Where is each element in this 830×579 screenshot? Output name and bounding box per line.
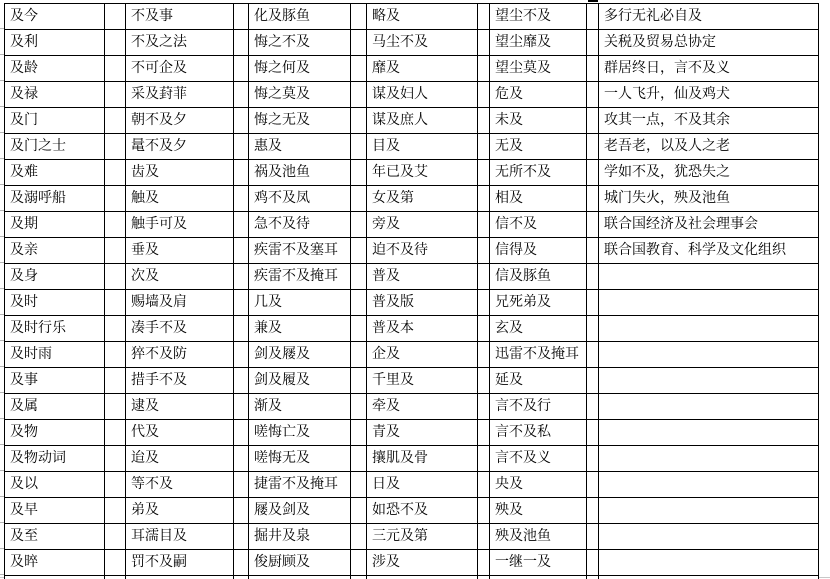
table-cell[interactable]: 迅雷不及掩耳 <box>490 342 587 368</box>
spacer-cell[interactable] <box>351 30 367 56</box>
table-cell[interactable] <box>490 576 587 579</box>
table-cell[interactable]: 言不及行 <box>490 394 587 420</box>
table-cell[interactable]: 略及 <box>367 4 478 30</box>
table-cell[interactable]: 及以 <box>5 472 105 498</box>
spacer-cell[interactable] <box>587 498 599 524</box>
clipped-row-remnant <box>588 0 598 2</box>
spreadsheet-canvas: 及今不及事化及豚鱼略及望尘不及多行无礼必自及及利不及之法悔之不及马尘不及望尘靡及… <box>0 0 830 579</box>
spacer-cell[interactable] <box>351 550 367 576</box>
table-cell[interactable]: 谋及庶人 <box>367 108 478 134</box>
table-cell[interactable]: 及禄 <box>5 82 105 108</box>
table-cell[interactable] <box>478 576 490 579</box>
table-cell[interactable]: 延及 <box>490 368 587 394</box>
table-cell[interactable] <box>587 576 599 579</box>
table-cell[interactable]: 殃及 <box>490 498 587 524</box>
spacer-cell[interactable] <box>105 30 126 56</box>
table-cell[interactable]: 及利 <box>5 30 105 56</box>
spacer-cell[interactable] <box>351 160 367 186</box>
spacer-cell[interactable] <box>587 342 599 368</box>
table-cell[interactable]: 马尘不及 <box>367 30 478 56</box>
spacer-cell[interactable] <box>478 446 490 472</box>
spacer-cell[interactable] <box>105 56 126 82</box>
table-cell[interactable]: 言不及义 <box>490 446 587 472</box>
table-cell[interactable]: 等不及 <box>126 472 234 498</box>
spacer-cell[interactable] <box>478 56 490 82</box>
table-cell[interactable] <box>126 576 234 579</box>
table-cell[interactable]: 赐墙及肩 <box>126 290 234 316</box>
table-cell[interactable]: 兄死弟及 <box>490 290 587 316</box>
table-cell[interactable]: 涉及 <box>367 550 478 576</box>
spacer-cell[interactable] <box>587 186 599 212</box>
table-row: 及属逮及渐及牵及言不及行 <box>5 394 819 420</box>
spacer-cell[interactable] <box>234 264 249 290</box>
table-cell[interactable]: 企及 <box>367 342 478 368</box>
table-cell[interactable]: 城门失火，殃及池鱼 <box>599 186 819 212</box>
table-cell[interactable]: 疾雷不及掩耳 <box>249 264 351 290</box>
table-cell[interactable]: 不及之法 <box>126 30 234 56</box>
spacer-cell[interactable] <box>105 550 126 576</box>
spacer-cell[interactable] <box>351 342 367 368</box>
table-row: 及早弟及屦及剑及如恐不及殃及 <box>5 498 819 524</box>
table-cell[interactable]: 老吾老，以及人之老 <box>599 134 819 160</box>
table-cell[interactable]: 悔之无及 <box>249 108 351 134</box>
table-cell[interactable]: 危及 <box>490 82 587 108</box>
table-cell[interactable]: 玄及 <box>490 316 587 342</box>
table-cell[interactable]: 齿及 <box>126 160 234 186</box>
spacer-cell[interactable] <box>587 290 599 316</box>
spacer-cell[interactable] <box>351 56 367 82</box>
spacer-cell[interactable] <box>105 160 126 186</box>
table-cell[interactable]: 未及 <box>490 108 587 134</box>
table-cell[interactable]: 群居终日，言不及义 <box>599 56 819 82</box>
table-cell[interactable]: 及门 <box>5 108 105 134</box>
spacer-cell[interactable] <box>234 30 249 56</box>
table-cell[interactable]: 逮及 <box>126 394 234 420</box>
table-cell[interactable]: 惠及 <box>249 134 351 160</box>
spacer-cell[interactable] <box>478 316 490 342</box>
table-cell[interactable] <box>599 446 819 472</box>
spacer-cell[interactable] <box>234 472 249 498</box>
spacer-cell[interactable] <box>587 108 599 134</box>
table-cell[interactable]: 及物动词 <box>5 446 105 472</box>
table-cell[interactable]: 罚不及嗣 <box>126 550 234 576</box>
table-cell[interactable]: 信不及 <box>490 212 587 238</box>
spacer-cell[interactable] <box>105 420 126 446</box>
table-cell[interactable]: 嗟悔亡及 <box>249 420 351 446</box>
table-row: 及时雨猝不及防剑及屦及企及迅雷不及掩耳 <box>5 342 819 368</box>
spacer-cell[interactable] <box>351 264 367 290</box>
spacer-cell[interactable] <box>105 342 126 368</box>
table-cell[interactable]: 悔之何及 <box>249 56 351 82</box>
table-cell[interactable]: 及时雨 <box>5 342 105 368</box>
table-row: 及亲垂及疾雷不及塞耳迫不及待信得及联合国教育、科学及文化组织 <box>5 238 819 264</box>
table-cell[interactable]: 信得及 <box>490 238 587 264</box>
table-cell[interactable]: 及早 <box>5 498 105 524</box>
table-cell[interactable]: 急不及待 <box>249 212 351 238</box>
table-row: 及门朝不及夕悔之无及谋及庶人未及攻其一点，不及其余 <box>5 108 819 134</box>
spacer-cell[interactable] <box>234 160 249 186</box>
table-cell[interactable] <box>599 420 819 446</box>
spacer-cell[interactable] <box>587 30 599 56</box>
table-cell[interactable]: 祸及池鱼 <box>249 160 351 186</box>
spacer-cell[interactable] <box>478 160 490 186</box>
table-cell[interactable]: 女及第 <box>367 186 478 212</box>
spacer-cell[interactable] <box>478 238 490 264</box>
spacer-cell[interactable] <box>234 368 249 394</box>
spacer-cell[interactable] <box>234 498 249 524</box>
table-cell[interactable]: 及事 <box>5 368 105 394</box>
table-cell[interactable]: 望尘不及 <box>490 4 587 30</box>
spacer-cell[interactable] <box>234 56 249 82</box>
table-row: 及龄不可企及悔之何及靡及望尘莫及群居终日，言不及义 <box>5 56 819 82</box>
spacer-cell[interactable] <box>478 342 490 368</box>
spacer-cell[interactable] <box>478 4 490 30</box>
table-cell[interactable] <box>367 576 478 579</box>
table-cell[interactable]: 猝不及防 <box>126 342 234 368</box>
spacer-cell[interactable] <box>234 134 249 160</box>
spacer-cell[interactable] <box>478 524 490 550</box>
table-cell[interactable]: 凑手不及 <box>126 316 234 342</box>
table-cell[interactable]: 俊厨顾及 <box>249 550 351 576</box>
spacer-cell[interactable] <box>351 186 367 212</box>
spacer-cell[interactable] <box>105 368 126 394</box>
spacer-cell[interactable] <box>351 316 367 342</box>
table-row: 及门之士鼌不及夕惠及目及无及老吾老，以及人之老 <box>5 134 819 160</box>
spacer-cell[interactable] <box>587 212 599 238</box>
spacer-cell[interactable] <box>105 212 126 238</box>
spacer-cell[interactable] <box>587 56 599 82</box>
spacer-cell[interactable] <box>351 4 367 30</box>
table-cell[interactable]: 及溺呼船 <box>5 186 105 212</box>
table-cell[interactable]: 捷雷不及掩耳 <box>249 472 351 498</box>
spacer-cell[interactable] <box>234 524 249 550</box>
table-cell[interactable]: 鼌不及夕 <box>126 134 234 160</box>
spacer-cell[interactable] <box>587 368 599 394</box>
table-cell[interactable]: 屦及剑及 <box>249 498 351 524</box>
spacer-cell[interactable] <box>105 316 126 342</box>
table-cell[interactable]: 千里及 <box>367 368 478 394</box>
table-row: 及物动词迨及嗟悔无及攘肌及骨言不及义 <box>5 446 819 472</box>
table-cell[interactable]: 及至 <box>5 524 105 550</box>
table-cell[interactable] <box>599 472 819 498</box>
spacer-cell[interactable] <box>234 316 249 342</box>
table-cell[interactable]: 普及 <box>367 264 478 290</box>
spacer-cell[interactable] <box>351 134 367 160</box>
word-table-body: 及今不及事化及豚鱼略及望尘不及多行无礼必自及及利不及之法悔之不及马尘不及望尘靡及… <box>5 4 819 579</box>
table-cell[interactable]: 联合国经济及社会理事会 <box>599 212 819 238</box>
spacer-cell[interactable] <box>587 394 599 420</box>
table-cell[interactable]: 信及豚鱼 <box>490 264 587 290</box>
spacer-cell[interactable] <box>587 134 599 160</box>
spacer-cell[interactable] <box>351 446 367 472</box>
spacer-cell[interactable] <box>351 212 367 238</box>
spacer-cell[interactable] <box>351 238 367 264</box>
table-cell[interactable]: 言不及私 <box>490 420 587 446</box>
table-cell[interactable]: 一继一及 <box>490 550 587 576</box>
table-row: 及事措手不及剑及履及千里及延及 <box>5 368 819 394</box>
spacer-cell[interactable] <box>105 186 126 212</box>
spacer-cell[interactable] <box>478 290 490 316</box>
spacer-cell[interactable] <box>351 290 367 316</box>
spacer-cell[interactable] <box>234 82 249 108</box>
table-row: 及难齿及祸及池鱼年已及艾无所不及学如不及，犹恐失之 <box>5 160 819 186</box>
spacer-cell[interactable] <box>234 420 249 446</box>
table-cell[interactable]: 几及 <box>249 290 351 316</box>
spacer-cell[interactable] <box>587 446 599 472</box>
table-cell[interactable]: 掘井及泉 <box>249 524 351 550</box>
table-cell[interactable]: 及身 <box>5 264 105 290</box>
spacer-cell[interactable] <box>478 264 490 290</box>
spacer-cell[interactable] <box>234 4 249 30</box>
spacer-cell[interactable] <box>105 4 126 30</box>
spacer-cell[interactable] <box>105 108 126 134</box>
spacer-cell[interactable] <box>587 524 599 550</box>
spacer-cell[interactable] <box>105 394 126 420</box>
table-cell[interactable]: 渐及 <box>249 394 351 420</box>
table-cell[interactable]: 央及 <box>490 472 587 498</box>
table-cell[interactable]: 及时 <box>5 290 105 316</box>
table-cell[interactable]: 普及版 <box>367 290 478 316</box>
spacer-cell[interactable] <box>478 472 490 498</box>
spacer-cell[interactable] <box>478 420 490 446</box>
spacer-cell[interactable] <box>587 316 599 342</box>
spacer-cell[interactable] <box>478 82 490 108</box>
table-row: 及晬罚不及嗣俊厨顾及涉及一继一及 <box>5 550 819 576</box>
spacer-cell[interactable] <box>351 394 367 420</box>
spacer-cell[interactable] <box>105 472 126 498</box>
table-cell[interactable]: 触及 <box>126 186 234 212</box>
table-cell[interactable] <box>599 316 819 342</box>
spacer-cell[interactable] <box>234 446 249 472</box>
spacer-cell[interactable] <box>234 550 249 576</box>
table-cell[interactable]: 鸡不及凤 <box>249 186 351 212</box>
spacer-cell[interactable] <box>105 524 126 550</box>
spacer-cell[interactable] <box>234 212 249 238</box>
table-cell[interactable] <box>234 576 249 579</box>
table-cell[interactable]: 殃及池鱼 <box>490 524 587 550</box>
table-cell[interactable]: 不及事 <box>126 4 234 30</box>
table-cell[interactable]: 谋及妇人 <box>367 82 478 108</box>
table-cell[interactable]: 如恐不及 <box>367 498 478 524</box>
table-cell[interactable]: 疾雷不及塞耳 <box>249 238 351 264</box>
table-cell[interactable]: 望尘莫及 <box>490 56 587 82</box>
table-cell[interactable]: 及亲 <box>5 238 105 264</box>
table-row: 及今不及事化及豚鱼略及望尘不及多行无礼必自及 <box>5 4 819 30</box>
table-cell[interactable] <box>599 264 819 290</box>
table-cell[interactable]: 青及 <box>367 420 478 446</box>
table-cell[interactable] <box>105 576 126 579</box>
spacer-cell[interactable] <box>234 238 249 264</box>
spacer-cell[interactable] <box>234 108 249 134</box>
table-row: 及时赐墙及肩几及普及版兄死弟及 <box>5 290 819 316</box>
table-row: 及禄采及葑菲悔之莫及谋及妇人危及一人飞升，仙及鸡犬 <box>5 82 819 108</box>
spacer-cell[interactable] <box>351 420 367 446</box>
partial-table-row <box>5 576 819 579</box>
table-cell[interactable]: 日及 <box>367 472 478 498</box>
table-cell[interactable]: 朝不及夕 <box>126 108 234 134</box>
table-cell[interactable] <box>249 576 351 579</box>
table-cell[interactable] <box>599 576 819 579</box>
spacer-cell[interactable] <box>587 472 599 498</box>
table-cell[interactable]: 迨及 <box>126 446 234 472</box>
table-cell[interactable]: 化及豚鱼 <box>249 4 351 30</box>
table-cell[interactable]: 耳濡目及 <box>126 524 234 550</box>
table-cell[interactable]: 一人飞升，仙及鸡犬 <box>599 82 819 108</box>
table-cell[interactable]: 学如不及，犹恐失之 <box>599 160 819 186</box>
spacer-cell[interactable] <box>105 134 126 160</box>
table-cell[interactable]: 悔之莫及 <box>249 82 351 108</box>
table-row: 及物代及嗟悔亡及青及言不及私 <box>5 420 819 446</box>
spacer-cell[interactable] <box>351 108 367 134</box>
table-row: 及时行乐凑手不及兼及普及本玄及 <box>5 316 819 342</box>
spacer-cell[interactable] <box>478 108 490 134</box>
table-cell[interactable]: 悔之不及 <box>249 30 351 56</box>
spacer-cell[interactable] <box>478 498 490 524</box>
spacer-cell[interactable] <box>351 368 367 394</box>
table-cell[interactable]: 多行无礼必自及 <box>599 4 819 30</box>
table-cell[interactable]: 及难 <box>5 160 105 186</box>
spacer-cell[interactable] <box>351 82 367 108</box>
spacer-cell[interactable] <box>105 290 126 316</box>
table-cell[interactable]: 兼及 <box>249 316 351 342</box>
spacer-cell[interactable] <box>587 264 599 290</box>
table-cell[interactable]: 及晬 <box>5 550 105 576</box>
spacer-cell[interactable] <box>234 394 249 420</box>
table-cell[interactable]: 联合国教育、科学及文化组织 <box>599 238 819 264</box>
spacer-cell[interactable] <box>105 238 126 264</box>
table-cell[interactable]: 不可企及 <box>126 56 234 82</box>
spacer-cell[interactable] <box>105 446 126 472</box>
spacer-cell[interactable] <box>587 550 599 576</box>
table-cell[interactable]: 及门之士 <box>5 134 105 160</box>
table-row: 及溺呼船触及鸡不及凤女及第相及城门失火，殃及池鱼 <box>5 186 819 212</box>
table-cell[interactable]: 代及 <box>126 420 234 446</box>
table-cell[interactable]: 次及 <box>126 264 234 290</box>
table-cell[interactable]: 及今 <box>5 4 105 30</box>
table-cell[interactable]: 剑及屦及 <box>249 342 351 368</box>
table-cell[interactable]: 关税及贸易总协定 <box>599 30 819 56</box>
table-cell[interactable] <box>599 342 819 368</box>
spacer-cell[interactable] <box>105 264 126 290</box>
table-cell[interactable]: 牵及 <box>367 394 478 420</box>
table-cell[interactable]: 嗟悔无及 <box>249 446 351 472</box>
table-cell[interactable]: 及属 <box>5 394 105 420</box>
spacer-cell[interactable] <box>478 212 490 238</box>
spacer-cell[interactable] <box>478 186 490 212</box>
table-cell[interactable]: 旁及 <box>367 212 478 238</box>
spacer-cell[interactable] <box>234 186 249 212</box>
table-cell[interactable]: 无及 <box>490 134 587 160</box>
spacer-cell[interactable] <box>587 4 599 30</box>
spacer-cell[interactable] <box>478 30 490 56</box>
table-cell[interactable]: 采及葑菲 <box>126 82 234 108</box>
table-cell[interactable]: 措手不及 <box>126 368 234 394</box>
spacer-cell[interactable] <box>351 498 367 524</box>
spacer-cell[interactable] <box>478 134 490 160</box>
spacer-cell[interactable] <box>478 550 490 576</box>
table-row: 及以等不及捷雷不及掩耳日及央及 <box>5 472 819 498</box>
table-cell[interactable]: 攻其一点，不及其余 <box>599 108 819 134</box>
spacer-cell[interactable] <box>478 394 490 420</box>
table-cell[interactable] <box>599 524 819 550</box>
table-cell[interactable]: 及时行乐 <box>5 316 105 342</box>
table-cell[interactable]: 三元及第 <box>367 524 478 550</box>
spacer-cell[interactable] <box>351 524 367 550</box>
table-row: 及利不及之法悔之不及马尘不及望尘靡及关税及贸易总协定 <box>5 30 819 56</box>
table-cell[interactable]: 及龄 <box>5 56 105 82</box>
table-cell[interactable] <box>599 290 819 316</box>
table-cell[interactable] <box>5 576 105 579</box>
table-row: 及至耳濡目及掘井及泉三元及第殃及池鱼 <box>5 524 819 550</box>
spacer-cell[interactable] <box>587 160 599 186</box>
table-cell[interactable]: 触手可及 <box>126 212 234 238</box>
spacer-cell[interactable] <box>478 368 490 394</box>
word-table: 及今不及事化及豚鱼略及望尘不及多行无礼必自及及利不及之法悔之不及马尘不及望尘靡及… <box>4 3 819 579</box>
table-cell[interactable]: 迫不及待 <box>367 238 478 264</box>
spacer-cell[interactable] <box>351 472 367 498</box>
table-cell[interactable]: 年已及艾 <box>367 160 478 186</box>
table-cell[interactable] <box>599 368 819 394</box>
spacer-cell[interactable] <box>587 82 599 108</box>
table-cell[interactable]: 无所不及 <box>490 160 587 186</box>
spacer-cell[interactable] <box>234 342 249 368</box>
table-cell[interactable] <box>599 394 819 420</box>
table-cell[interactable]: 攘肌及骨 <box>367 446 478 472</box>
spacer-cell[interactable] <box>105 498 126 524</box>
table-cell[interactable]: 目及 <box>367 134 478 160</box>
table-row: 及身次及疾雷不及掩耳普及信及豚鱼 <box>5 264 819 290</box>
spacer-cell[interactable] <box>587 420 599 446</box>
spacer-cell[interactable] <box>234 290 249 316</box>
table-cell[interactable] <box>351 576 367 579</box>
table-cell[interactable] <box>599 498 819 524</box>
table-cell[interactable]: 靡及 <box>367 56 478 82</box>
table-cell[interactable]: 垂及 <box>126 238 234 264</box>
table-cell[interactable] <box>599 550 819 576</box>
table-cell[interactable]: 及期 <box>5 212 105 238</box>
spacer-cell[interactable] <box>105 82 126 108</box>
table-cell[interactable]: 普及本 <box>367 316 478 342</box>
table-cell[interactable]: 相及 <box>490 186 587 212</box>
table-cell[interactable]: 望尘靡及 <box>490 30 587 56</box>
spacer-cell[interactable] <box>587 238 599 264</box>
table-cell[interactable]: 剑及履及 <box>249 368 351 394</box>
table-row: 及期触手可及急不及待旁及信不及联合国经济及社会理事会 <box>5 212 819 238</box>
table-cell[interactable]: 及物 <box>5 420 105 446</box>
table-cell[interactable]: 弟及 <box>126 498 234 524</box>
